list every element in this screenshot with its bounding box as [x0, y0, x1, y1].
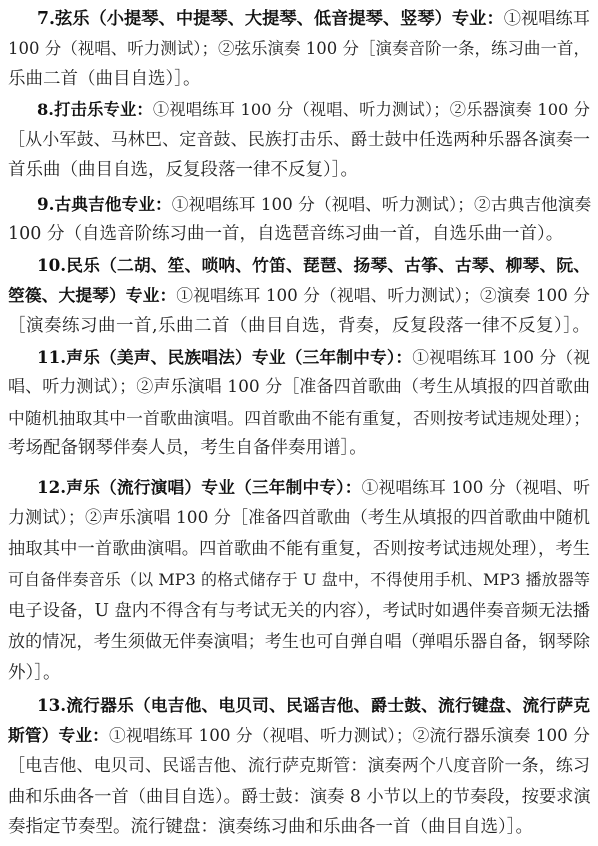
section-7-heading: 7.弦乐（小提琴、中提琴、大提琴、低音提琴、竖琴）专业：: [37, 9, 504, 29]
section-8-line-2: ［从小军鼓、马林巴、定音鼓、民族打击乐、爵士鼓中任选两种乐器各演奏一: [8, 125, 590, 155]
section-12-line-6: 放的情况，考生须做无伴奏演唱；考生也可自弹自唱（弹唱乐器自备，钢琴除: [8, 627, 590, 657]
section-13-heading-b: 斯管）专业：: [8, 725, 109, 745]
section-10-line-3: ［演奏练习曲一首,乐曲二首（曲目自选，背奏，反复段落一律不反复）］。: [8, 311, 590, 341]
section-7-line-1: 7.弦乐（小提琴、中提琴、大提琴、低音提琴、竖琴）专业：①视唱练耳: [37, 4, 590, 34]
section-8-text: ①视唱练耳 100 分（视唱、听力测试）；②乐器演奏 100 分: [153, 100, 590, 119]
section-10-heading-a: 10.民乐（二胡、笙、唢呐、竹笛、琵琶、扬琴、古筝、古琴、柳琴、阮、: [37, 255, 590, 275]
section-11-line-1: 11.声乐（美声、民族唱法）专业（三年制中专）：①视唱练耳 100 分（视: [37, 342, 590, 372]
section-10-line-1: 10.民乐（二胡、笙、唢呐、竹笛、琵琶、扬琴、古筝、古琴、柳琴、阮、: [37, 250, 590, 280]
section-12-heading: 12.声乐（流行演唱）专业（三年制中专）：: [37, 477, 362, 497]
section-11-line-3: 中随机抽取其中一首歌曲演唱。四首歌曲不能有重复，否则按考试违规处理）；: [8, 403, 590, 433]
section-7-line-3: 乐曲二首（曲目自选）］。: [8, 64, 590, 94]
section-9-heading: 9.古典吉他专业：: [37, 194, 172, 214]
section-12-line-5: 电子设备，U 盘内不得含有与考试无关的内容），考试时如遇伴奏音频无法播: [8, 596, 590, 626]
section-13-line-5: 奏指定节奏型。流行键盘：演奏练习曲和乐曲各一首（曲目自选）］。: [8, 812, 590, 842]
section-11-heading: 11.声乐（美声、民族唱法）专业（三年制中专）：: [37, 347, 412, 367]
section-7-line-2: 100 分（视唱、听力测试）；②弦乐演奏 100 分［演奏音阶一条，练习曲一首，: [8, 34, 590, 64]
section-13-line-3: ［电吉他、电贝司、民谣吉他、流行萨克斯管：演奏两个八度音阶一条，练习: [8, 751, 590, 781]
section-12-line-4: 可自备伴奏音乐（以 MP3 的格式储存于 U 盘中，不得使用手机、MP3 播放器…: [8, 565, 590, 595]
section-9-line-1: 9.古典吉他专业：①视唱练耳 100 分（视唱、听力测试）；②古典吉他演奏: [37, 189, 590, 219]
section-12-line-1: 12.声乐（流行演唱）专业（三年制中专）：①视唱练耳 100 分（视唱、听: [37, 472, 590, 502]
section-12-line-7: 外）］。: [8, 658, 590, 688]
section-11-text: ①视唱练耳 100 分（视: [412, 347, 590, 367]
section-10-heading-b: 箜篌、大提琴）专业：: [8, 285, 176, 305]
section-9-line-2: 100 分（自选音阶练习曲一首，自选琶音练习曲一首，自选乐曲一首）。: [8, 219, 590, 249]
section-13-line-2: 斯管）专业：①视唱练耳 100 分（视唱、听力测试）；②流行器乐演奏 100 分: [8, 720, 590, 750]
section-12-line-3: 抽取其中一首歌曲演唱。四首歌曲不能有重复，否则按考试违规处理），考生: [8, 534, 590, 564]
section-13-text: ①视唱练耳 100 分（视唱、听力测试）；②流行器乐演奏 100 分: [109, 725, 590, 745]
section-13-line-4: 曲和乐曲各一首（曲目自选）。爵士鼓：演奏 8 小节以上的节奏段，按要求演: [8, 782, 590, 812]
section-10-text: ①视唱练耳 100 分（视唱、听力测试）；②演奏 100 分: [176, 285, 590, 305]
document-page: 7.弦乐（小提琴、中提琴、大提琴、低音提琴、竖琴）专业：①视唱练耳 100 分（…: [0, 0, 598, 846]
section-8-line-3: 首乐曲（曲目自选，反复段落一律不反复）］。: [8, 155, 590, 185]
section-11-line-4: 考场配备钢琴伴奏人员，考生自备伴奏用谱］。: [8, 433, 590, 463]
section-13-line-1: 13.流行器乐（电吉他、电贝司、民谣吉他、爵士鼓、流行键盘、流行萨克: [37, 690, 590, 720]
section-12-text: ①视唱练耳 100 分（视唱、听: [362, 477, 590, 497]
section-8-line-1: 8.打击乐专业：①视唱练耳 100 分（视唱、听力测试）；②乐器演奏 100 分: [37, 95, 590, 125]
section-12-line-2: 力测试）；②声乐演唱 100 分［准备四首歌曲（考生从填报的四首歌曲中随机: [8, 503, 590, 533]
section-9-text: ①视唱练耳 100 分（视唱、听力测试）；②古典吉他演奏: [172, 194, 592, 214]
section-10-line-2: 箜篌、大提琴）专业：①视唱练耳 100 分（视唱、听力测试）；②演奏 100 分: [8, 280, 590, 310]
section-11-line-2: 唱、听力测试）；②声乐演唱 100 分［准备四首歌曲（考生从填报的四首歌曲: [8, 372, 590, 402]
section-13-heading-a: 13.流行器乐（电吉他、电贝司、民谣吉他、爵士鼓、流行键盘、流行萨克: [37, 695, 590, 715]
section-7-text: ①视唱练耳: [504, 9, 590, 29]
section-8-heading: 8.打击乐专业：: [37, 100, 153, 119]
